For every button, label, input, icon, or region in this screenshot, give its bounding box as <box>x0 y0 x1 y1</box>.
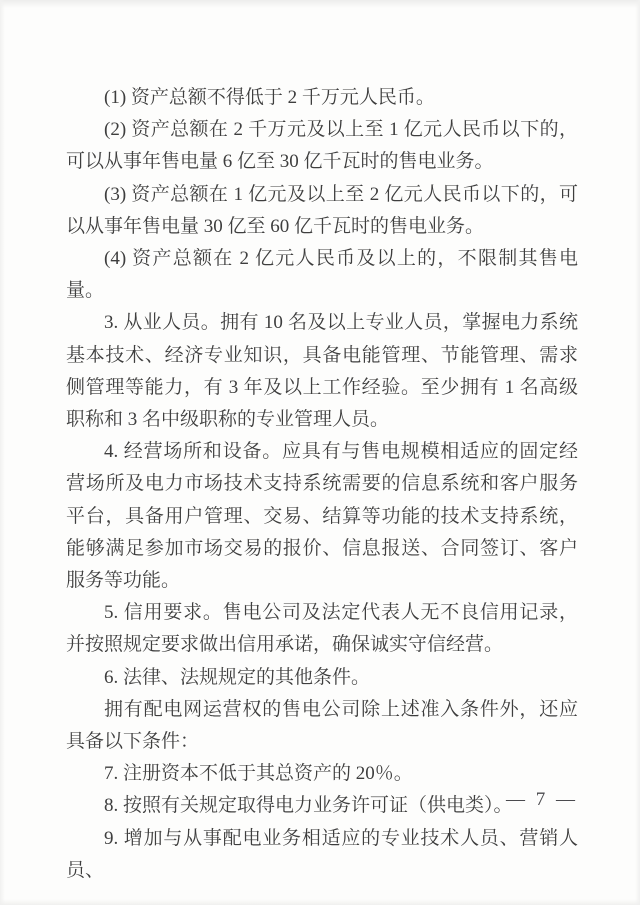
paragraph-power-license: 8. 按照有关规定取得电力业务许可证（供电类）。 <box>66 790 578 822</box>
paragraph-grid-operator-intro: 拥有配电网运营权的售电公司除上述准入条件外，还应具备以下条件： <box>66 694 578 758</box>
paragraph-item-1: (1) 资产总额不得低于 2 千万元人民币。 <box>66 82 578 114</box>
paragraph-item-4: (4) 资产总额在 2 亿元人民币及以上的，不限制其售电量。 <box>66 243 578 307</box>
paragraph-registered-capital: 7. 注册资本不低于其总资产的 20％。 <box>66 758 578 790</box>
scan-artifact-top <box>0 0 640 8</box>
scan-artifact-right <box>635 0 640 905</box>
scan-artifact-bottom <box>0 899 640 905</box>
paragraph-other-legal-conditions: 6. 法律、法规规定的其他条件。 <box>66 662 578 694</box>
paragraph-item-2: (2) 资产总额在 2 千万元及以上至 1 亿元人民币以下的，可以从事年售电量 … <box>66 114 578 178</box>
paragraph-item-3: (3) 资产总额在 1 亿元及以上至 2 亿元人民币以下的，可以从事年售电量 3… <box>66 179 578 243</box>
paragraph-additional-personnel: 9. 增加与从事配电业务相适应的专业技术人员、营销人员、 <box>66 823 578 887</box>
paragraph-staff-requirements: 3. 从业人员。拥有 10 名及以上专业人员，掌握电力系统基本技术、经济专业知识… <box>66 307 578 436</box>
document-page: (1) 资产总额不得低于 2 千万元人民币。 (2) 资产总额在 2 千万元及以… <box>0 0 640 905</box>
document-body-text: (1) 资产总额不得低于 2 千万元人民币。 (2) 资产总额在 2 千万元及以… <box>66 82 578 887</box>
paragraph-credit-requirements: 5. 信用要求。售电公司及法定代表人无不良信用记录，并按照规定要求做出信用承诺，… <box>66 597 578 661</box>
paragraph-premises-equipment: 4. 经营场所和设备。应具有与售电规模相适应的固定经营场所及电力市场技术支持系统… <box>66 436 578 597</box>
scan-artifact-left <box>0 0 5 905</box>
page-number: — 7 — <box>506 789 578 811</box>
